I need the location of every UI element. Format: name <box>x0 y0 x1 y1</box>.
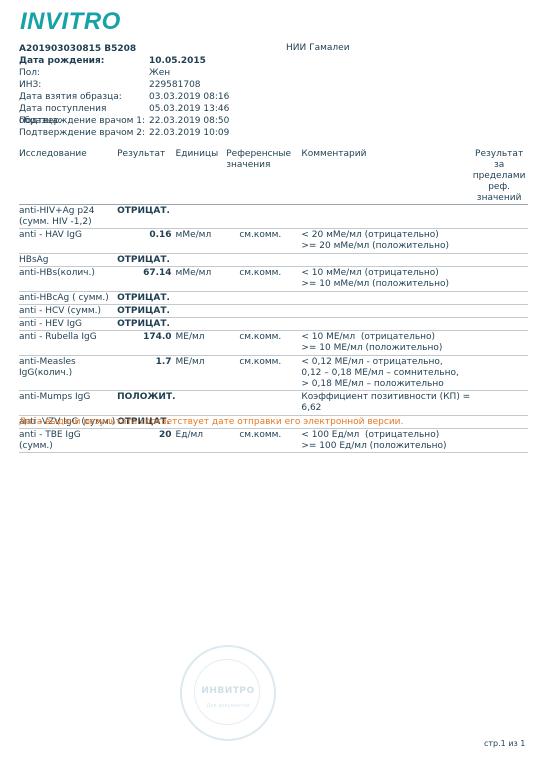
test-result: ОТРИЦАТ. <box>117 292 175 305</box>
header-field: Дата взятия образца:03.03.2019 08:16 <box>19 91 529 103</box>
test-reference: см.комм. <box>223 331 297 356</box>
test-result: 1.7 <box>117 356 175 391</box>
test-units: Ед/мл <box>176 429 224 453</box>
test-result: ПОЛОЖИТ. <box>117 391 175 416</box>
test-name: anti - Rubella IgG <box>19 331 117 356</box>
stamp-title: ИНВИТРО <box>182 686 274 696</box>
table-row: anti - HAV IgG0.16мМе/млсм.комм.< 20 мМе… <box>19 229 528 254</box>
test-comment <box>297 305 470 318</box>
field-label: Дата поступления образца: <box>19 103 149 115</box>
header-field: Подтверждение врачом 2:22.03.2019 10:09 <box>19 127 529 139</box>
invitro-logo: INVITRO <box>20 8 121 36</box>
out-of-range-flag <box>470 356 528 391</box>
test-result: 67.14 <box>117 267 175 292</box>
patient-header: A201903030815 B5208 Дата рождения:10.05.… <box>19 43 529 139</box>
test-comment: < 10 мМе/мл (отрицательно) >= 10 мМе/мл … <box>297 267 470 292</box>
test-reference <box>223 254 297 267</box>
test-result: ОТРИЦАТ. <box>117 318 175 331</box>
out-of-range-flag <box>470 292 528 305</box>
table-row: anti - HCV (сумм.)ОТРИЦАТ. <box>19 305 528 318</box>
test-units <box>176 305 224 318</box>
out-of-range-flag <box>470 267 528 292</box>
test-comment: < 0,12 МЕ/мл - отрицательно, 0,12 – 0,18… <box>297 356 470 391</box>
test-result: 174.0 <box>117 331 175 356</box>
test-reference <box>223 391 297 416</box>
col-comment: Комментарий <box>297 149 470 205</box>
test-name: anti-HBs(колич.) <box>19 267 117 292</box>
out-of-range-flag <box>470 305 528 318</box>
out-of-range-flag <box>470 391 528 416</box>
test-comment <box>297 292 470 305</box>
test-reference: см.комм. <box>223 356 297 391</box>
results-table: Исследование Результат Единицы Референсн… <box>19 149 528 453</box>
out-of-range-flag <box>470 416 528 429</box>
field-value: 229581708 <box>149 79 299 91</box>
test-name: anti - HAV IgG <box>19 229 117 254</box>
table-row: anti-Measles IgG(колич.)1.7МЕ/млсм.комм.… <box>19 356 528 391</box>
test-units <box>176 205 224 229</box>
field-value: Жен <box>149 67 299 79</box>
field-value: 22.03.2019 10:09 <box>149 127 299 139</box>
page-number: стр.1 из 1 <box>484 739 525 748</box>
test-units: мМе/мл <box>176 229 224 254</box>
test-comment <box>297 254 470 267</box>
field-label: Пол: <box>19 67 149 79</box>
field-label: Дата рождения: <box>19 55 149 67</box>
test-units: МЕ/мл <box>176 331 224 356</box>
out-of-range-flag <box>470 318 528 331</box>
test-name: anti - HCV (сумм.) <box>19 305 117 318</box>
out-of-range-flag <box>470 429 528 453</box>
field-value: 10.05.2015 <box>149 55 299 67</box>
test-name: anti - TBE IgG (сумм.) <box>19 429 117 453</box>
test-result: 20 <box>117 429 175 453</box>
field-label: Дата взятия образца: <box>19 91 149 103</box>
col-ref: Референсные значения <box>223 149 297 205</box>
header-field: Пол:Жен <box>19 67 529 79</box>
header-field: Подтверждение врачом 1:22.03.2019 08:50 <box>19 115 529 127</box>
table-row: anti-HIV+Ag p24 (сумм. HIV -1,2)ОТРИЦАТ. <box>19 205 528 229</box>
test-reference: см.комм. <box>223 229 297 254</box>
field-label: Подтверждение врачом 2: <box>19 127 149 139</box>
out-of-range-flag <box>470 229 528 254</box>
out-of-range-flag <box>470 254 528 267</box>
table-row: anti-Mumps IgGПОЛОЖИТ.Коэффициент позити… <box>19 391 528 416</box>
test-units <box>176 391 224 416</box>
out-of-range-flag <box>470 205 528 229</box>
test-name: anti-Mumps IgG <box>19 391 117 416</box>
col-units: Единицы <box>176 149 224 205</box>
table-row: anti - HEV IgGОТРИЦАТ. <box>19 318 528 331</box>
test-comment: < 20 мМе/мл (отрицательно) >= 20 мМе/мл … <box>297 229 470 254</box>
field-label: ИНЗ: <box>19 79 149 91</box>
col-out-of-range: Результат за пределами реф. значений <box>470 149 528 205</box>
test-units: МЕ/мл <box>176 356 224 391</box>
test-name: anti - HEV IgG <box>19 318 117 331</box>
test-result: ОТРИЦАТ. <box>117 254 175 267</box>
test-reference <box>223 305 297 318</box>
header-field: Дата поступления образца:05.03.2019 13:4… <box>19 103 529 115</box>
test-comment: < 100 Ед/мл (отрицательно) >= 100 Ед/мл … <box>297 429 470 453</box>
test-name: anti-Measles IgG(колич.) <box>19 356 117 391</box>
table-row: HBsAgОТРИЦАТ. <box>19 254 528 267</box>
test-result: ОТРИЦАТ. <box>117 305 175 318</box>
field-label: Подтверждение врачом 1: <box>19 115 149 127</box>
table-row: anti-HBcAg ( сумм.)ОТРИЦАТ. <box>19 292 528 305</box>
table-row: anti-HBs(колич.)67.14мМе/млсм.комм.< 10 … <box>19 267 528 292</box>
test-comment: < 10 МЕ/мл (отрицательно) >= 10 МЕ/мл (п… <box>297 331 470 356</box>
test-result: ОТРИЦАТ. <box>117 205 175 229</box>
test-reference <box>223 318 297 331</box>
table-row: anti - Rubella IgG174.0МЕ/млсм.комм.< 10… <box>19 331 528 356</box>
col-test: Исследование <box>19 149 117 205</box>
test-units <box>176 292 224 305</box>
col-result: Результат <box>117 149 175 205</box>
issue-date-note: Дата выдачи результата соответствует дат… <box>19 417 403 427</box>
test-reference: см.комм. <box>223 267 297 292</box>
test-units: мМе/мл <box>176 267 224 292</box>
test-name: anti-HIV+Ag p24 (сумм. HIV -1,2) <box>19 205 117 229</box>
test-name: anti-HBcAg ( сумм.) <box>19 292 117 305</box>
test-reference: см.комм. <box>223 429 297 453</box>
test-name: HBsAg <box>19 254 117 267</box>
order-id: A201903030815 B5208 <box>19 43 136 55</box>
lab-name: НИИ Гамалеи <box>286 43 350 53</box>
field-value: 05.03.2019 13:46 <box>149 103 299 115</box>
stamp-subtitle: Для документов <box>182 703 274 709</box>
lab-stamp: ИНВИТРО Для документов <box>180 645 276 741</box>
test-comment <box>297 318 470 331</box>
test-reference <box>223 292 297 305</box>
test-comment: Коэффициент позитивности (КП) = 6,62 <box>297 391 470 416</box>
table-header-row: Исследование Результат Единицы Референсн… <box>19 149 528 205</box>
header-field: Дата рождения:10.05.2015 <box>19 55 529 67</box>
test-units <box>176 318 224 331</box>
test-units <box>176 254 224 267</box>
test-result: 0.16 <box>117 229 175 254</box>
header-field: ИНЗ:229581708 <box>19 79 529 91</box>
test-reference <box>223 205 297 229</box>
table-row: anti - TBE IgG (сумм.)20Ед/млсм.комм.< 1… <box>19 429 528 453</box>
test-comment <box>297 205 470 229</box>
field-value: 22.03.2019 08:50 <box>149 115 299 127</box>
out-of-range-flag <box>470 331 528 356</box>
field-value: 03.03.2019 08:16 <box>149 91 299 103</box>
